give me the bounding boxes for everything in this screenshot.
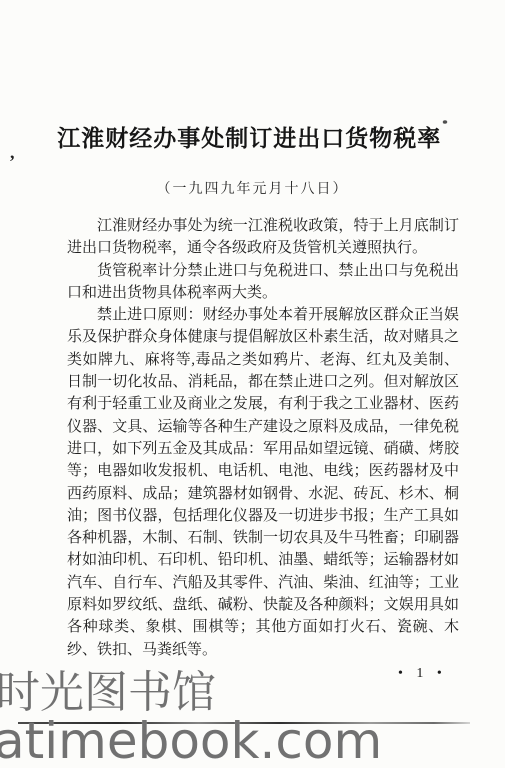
body-paragraph: 江淮财经办事处为统一江淮税收政策，特于上月底制订进出口货物税率，通令各级政府及货… xyxy=(67,215,459,260)
document-date-line: （一九四九年元月十八日） xyxy=(0,178,505,198)
body-paragraph: 货管税率计分禁止进口与免税进口、禁止出口与免税出口和进出货物具体税率两大类。 xyxy=(67,260,459,305)
scanned-document-page: , 江淮财经办事处制订进出口货物税率* （一九四九年元月十八日） 江淮财经办事处… xyxy=(0,0,505,768)
document-body: 江淮财经办事处为统一江淮税收政策，特于上月底制订进出口货物税率，通令各级政府及货… xyxy=(67,215,459,661)
watermark-site-url: atimebook.com xyxy=(0,712,382,768)
document-title: 江淮财经办事处制订进出口货物税率* xyxy=(0,120,505,153)
body-paragraph: 禁止进口原则：财经办事处本着开展解放区群众正当娱乐及保护群众身体健康与提倡解放区… xyxy=(67,304,459,661)
footnote-marker: * xyxy=(442,118,449,130)
page-number: • 1 • xyxy=(398,666,447,682)
document-title-text: 江淮财经办事处制订进出口货物税率 xyxy=(57,126,441,151)
watermark-library-name: 时光图书馆 xyxy=(0,656,216,720)
